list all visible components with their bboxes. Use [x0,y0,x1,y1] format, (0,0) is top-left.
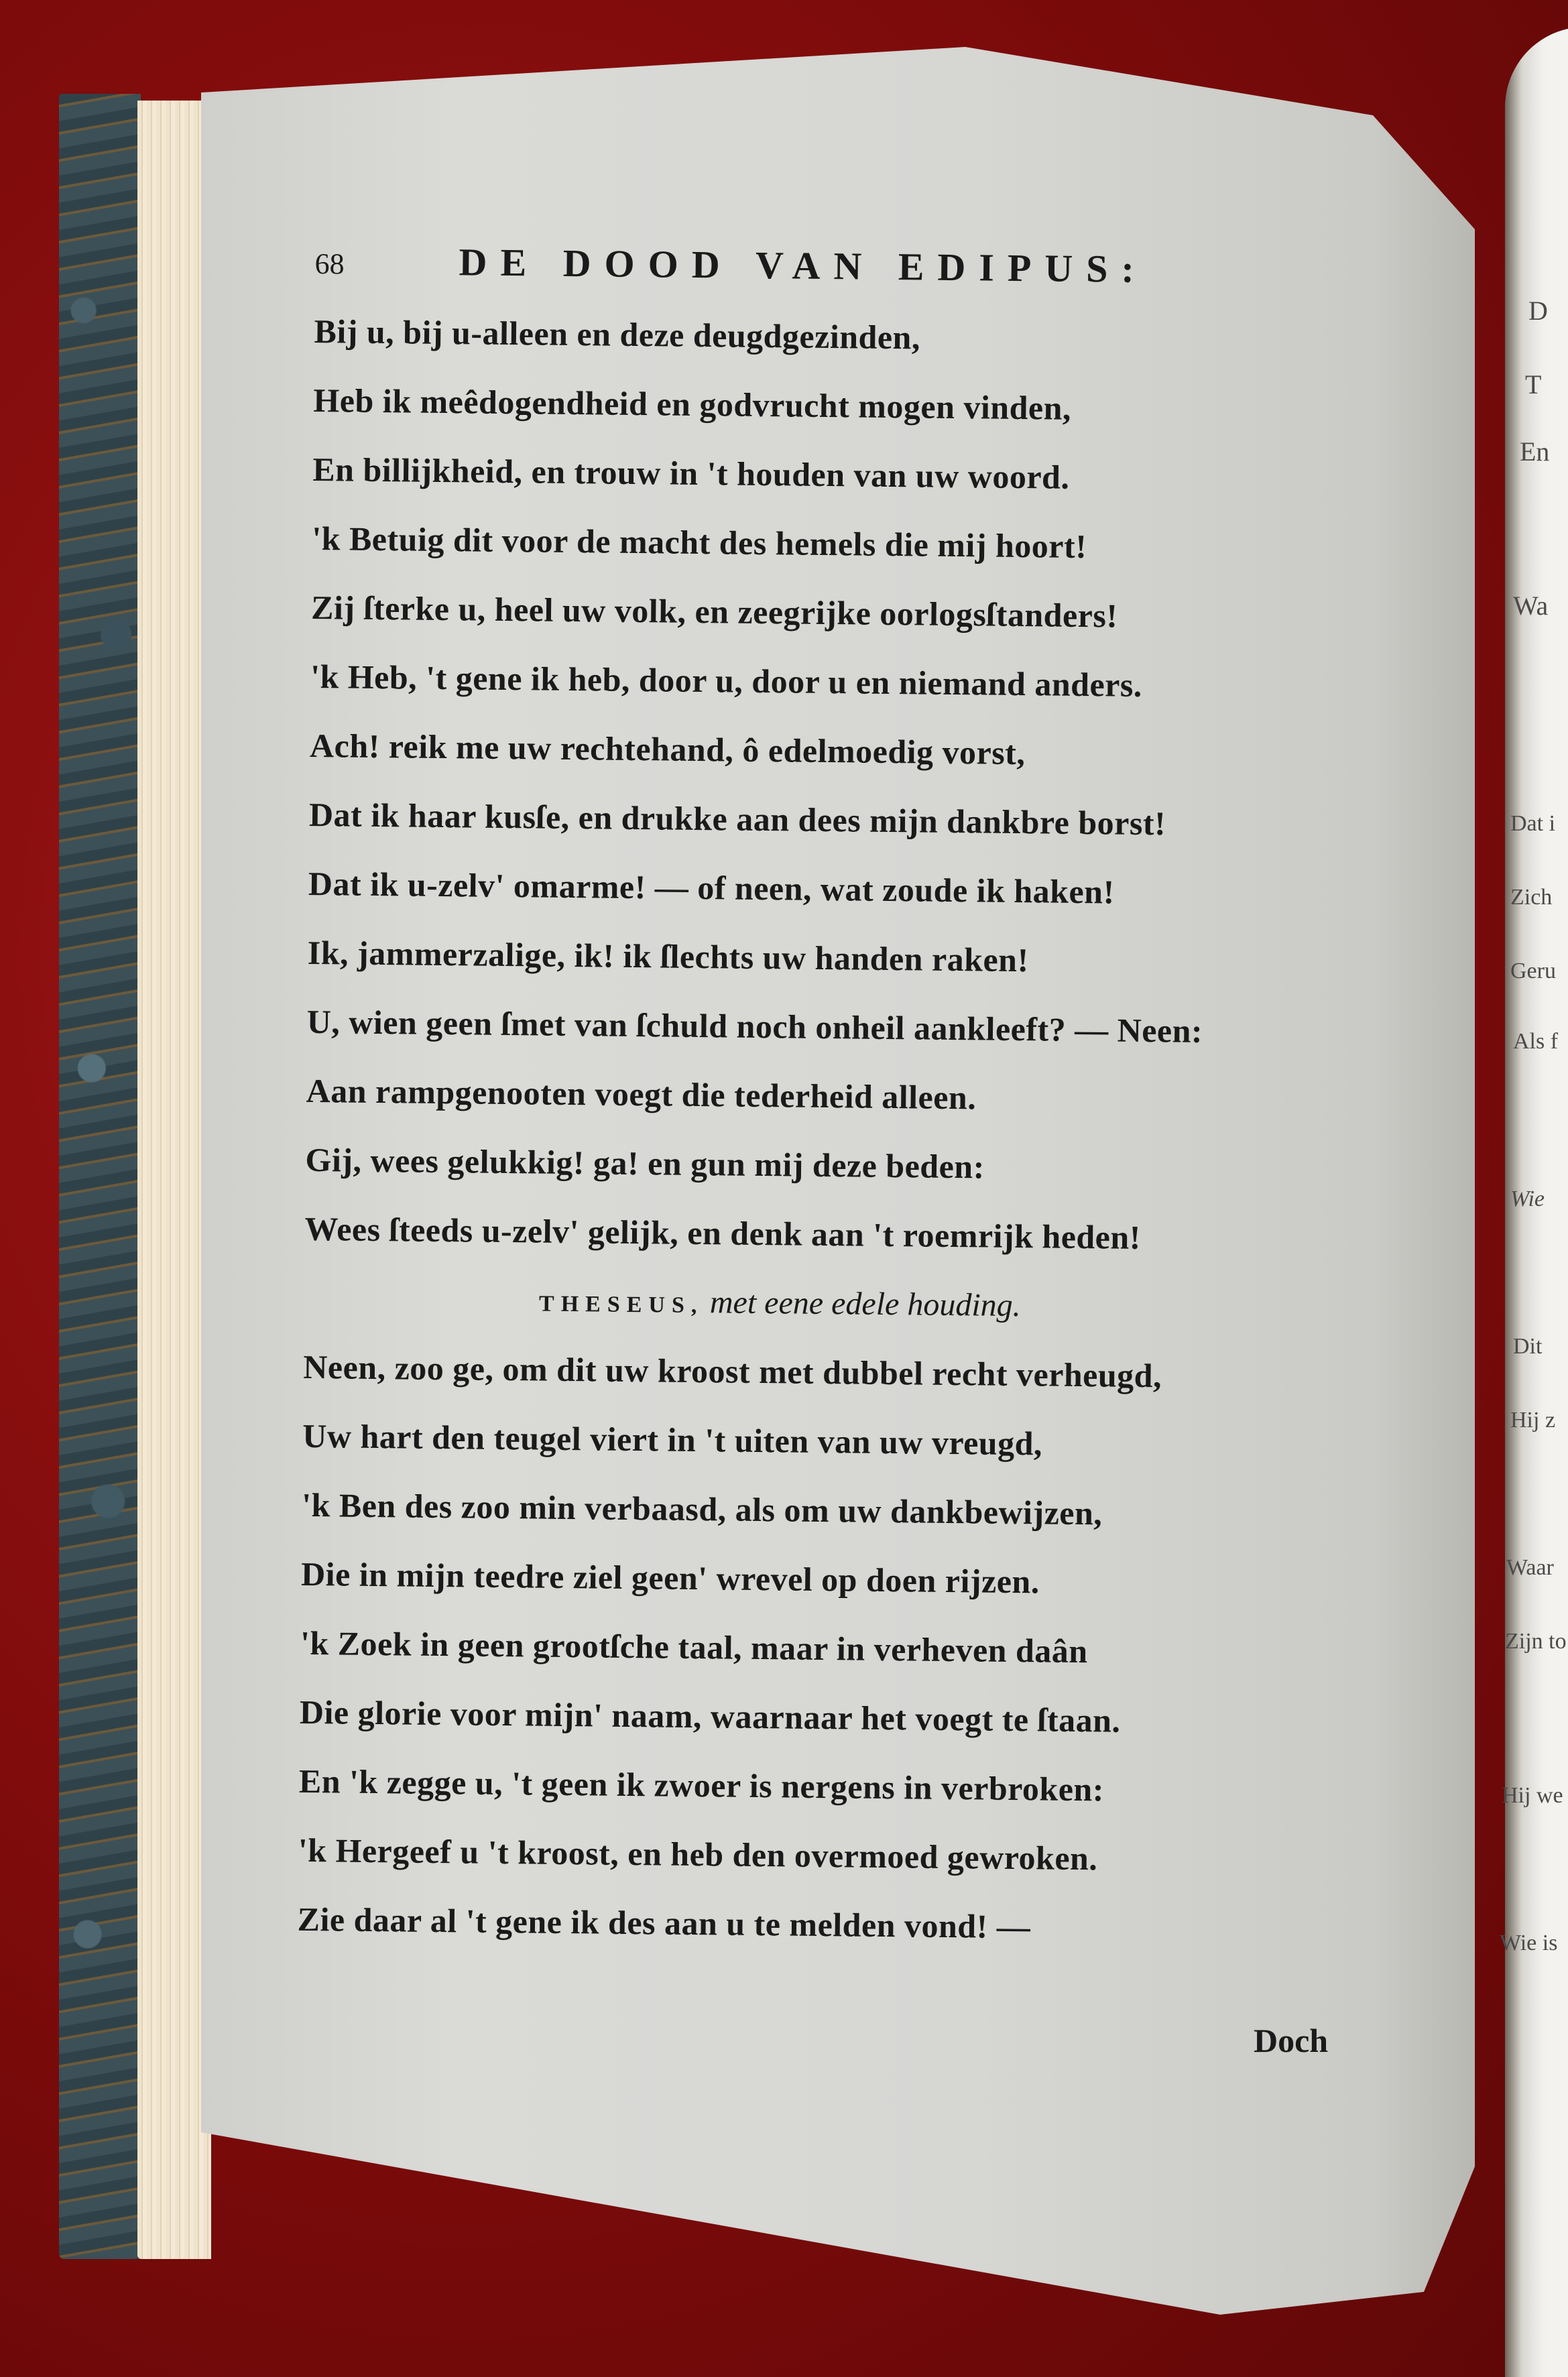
facing-fragment: Zich [1510,885,1552,910]
stage-direction: THESEUS, met eene edele houding. [304,1264,1377,1344]
verse-line: 'k Heb, 't gene ik heb, door u, door u e… [310,642,1384,723]
verse-line: Die glorie voor mijn' naam, waarnaar het… [299,1678,1372,1758]
verse-line: Bij u, bij u-alleen en deze deugdgezinde… [314,297,1387,377]
facing-fragment: Zijn to [1505,1629,1567,1654]
verse-line: Die in mijn teedre ziel geen' wrevel op … [301,1540,1374,1620]
facing-fragment: Dat i [1510,811,1555,837]
verse-line: 'k Zoek in geen grootſche taal, maar in … [300,1609,1374,1689]
page-edges [137,101,211,2259]
verse-line: Uw hart den teugel viert in 't uiten van… [302,1402,1376,1482]
header-title: DE DOOD VAN EDIPUS: [459,239,1148,292]
marbled-cover-spine [59,94,141,2259]
facing-fragment: Wa [1513,590,1548,621]
verse-line: Zie daar al 't gene ik des aan u te meld… [297,1885,1370,1965]
verse-line: Dat ik u-zelv' omarme! — of neen, wat zo… [308,849,1381,930]
direction-text: met eene edele houding. [710,1284,1021,1323]
running-head: 68 DE DOOD VAN EDIPUS: [314,238,1388,303]
verse-line: Dat ik haar kusſe, en drukke aan dees mi… [308,780,1382,861]
facing-fragment: Geru [1510,959,1556,984]
facing-fragment: Wie is [1500,1931,1557,1956]
facing-page-fragments: D T En Wa Dat i Zich Geru Als f Wie Dit … [1518,0,1568,2377]
facing-fragment: Hij we [1502,1783,1563,1809]
facing-fragment: Waar [1506,1555,1554,1581]
verse-line: U, wien geen ſmet van ſchuld noch onheil… [306,987,1380,1068]
facing-fragment: Als f [1513,1029,1558,1054]
facing-fragment: D [1528,295,1548,326]
catchword: Doch [1254,2021,1328,2060]
verse-line: 'k Betuig dit voor de macht des hemels d… [312,504,1385,585]
verse-line: Ik, jammerzalige, ik! ik ſlechts uw hand… [307,918,1380,999]
page-text-block: 68 DE DOOD VAN EDIPUS: Bij u, bij u-alle… [297,238,1388,1965]
facing-fragment: T [1525,369,1541,400]
verse-line: Aan rampgenooten voegt die tederheid all… [306,1056,1379,1137]
facing-fragment: En [1520,436,1549,467]
verse-line: En billijkheid, en trouw in 't houden va… [312,435,1386,515]
verse-line: Zij ſterke u, heel uw volk, en zeegrijke… [311,573,1384,654]
facing-fragment: Wie [1510,1186,1545,1212]
verse-line: Ach! reik me uw rechtehand, ô edelmoedig… [310,711,1383,792]
verse-line: En 'k zegge u, 't geen ik zwoer is nerge… [298,1747,1372,1827]
verse-line: 'k Ben des zoo min verbaasd, als om uw d… [302,1471,1375,1551]
verse-line: Gij, wees gelukkig! ga! en gun mij deze … [305,1125,1378,1206]
verse-line: Neen, zoo ge, om dit uw kroost met dubbe… [303,1333,1376,1413]
verse-line: Heb ik meêdogendheid en godvrucht mogen … [313,366,1386,446]
speaker-name: THESEUS, [539,1292,704,1319]
facing-fragment: Hij z [1510,1408,1555,1433]
verse-line: 'k Hergeef u 't kroost, en heb den overm… [298,1816,1371,1896]
verse-line: Wees ſteeds u-zelv' gelijk, en denk aan … [304,1195,1378,1275]
facing-fragment: Dit [1513,1334,1542,1359]
page-number: 68 [314,247,459,282]
